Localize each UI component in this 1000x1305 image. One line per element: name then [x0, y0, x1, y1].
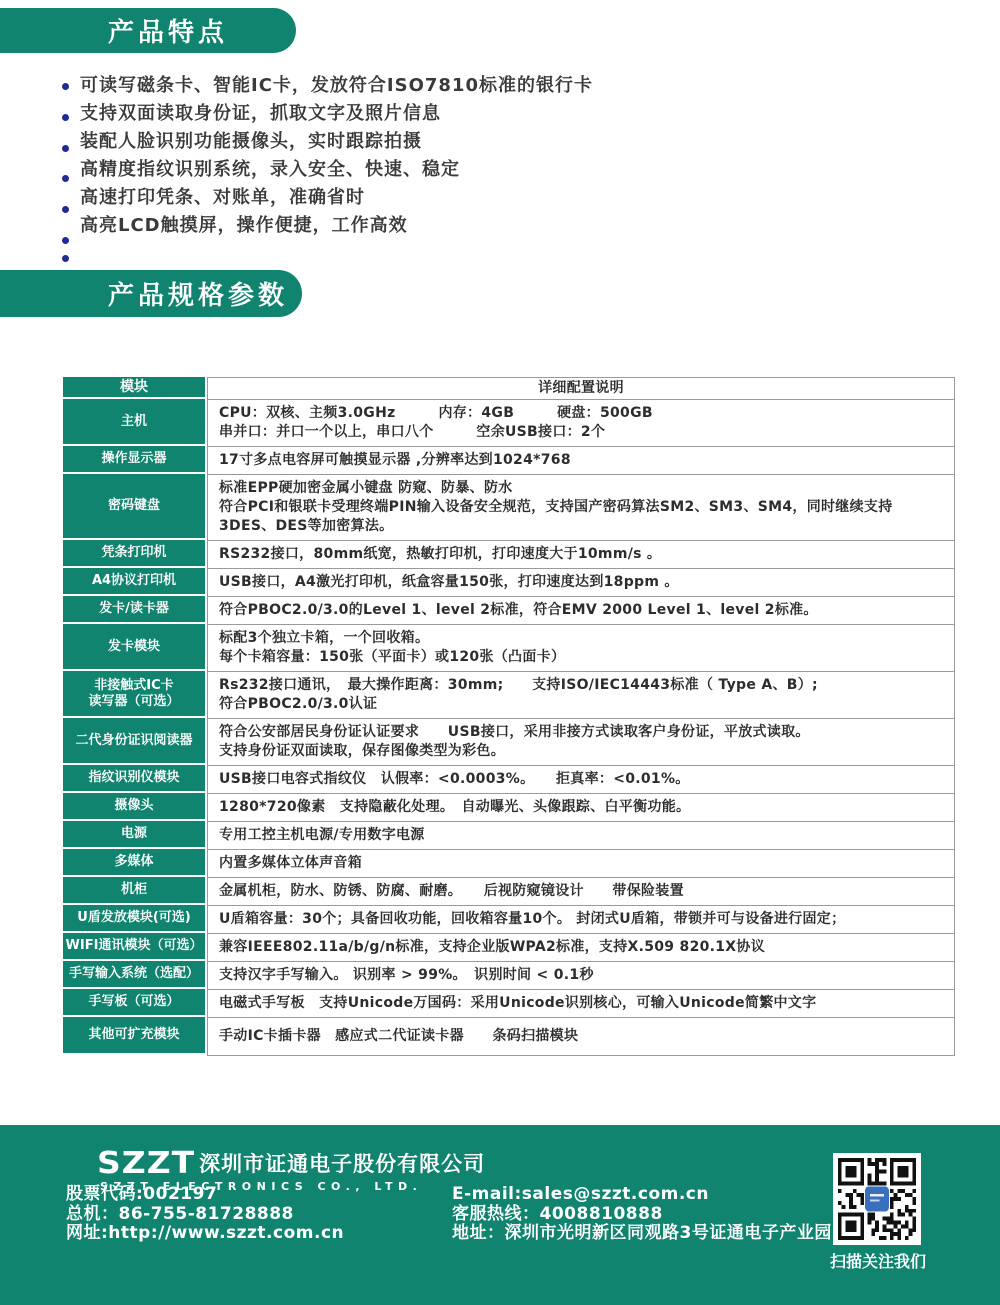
module-label-cell: 摄像头: [63, 793, 205, 819]
detail-line: USB接口，A4激光打印机，纸盒容量150张，打印速度达到18ppm 。: [219, 573, 943, 592]
detail-line: 1280*720像素 支持隐蔽化处理。 自动曝光、头像跟踪、白平衡功能。: [219, 798, 943, 817]
feature-item: 可读写磁条卡、智能IC卡，发放符合ISO7810标准的银行卡: [62, 72, 593, 100]
detail-line: 17寸多点电容屏可触摸显示器 ,分辨率达到1024*768: [219, 451, 943, 470]
spec-table-row: 电源专用工控主机电源/专用数字电源: [63, 821, 955, 850]
spec-table-row: 发卡/读卡器符合PBOC2.0/3.0的Level 1、level 2标准，符合…: [63, 596, 955, 625]
detail-line: 符合公安部居民身份证认证要求 USB接口，采用非接方式读取客户身份证，平放式读取…: [219, 723, 943, 742]
detail-cell: 兼容IEEE802.11a/b/g/n标准，支持企业版WPA2标准，支持X.50…: [207, 933, 955, 962]
spec-table: 模块详细配置说明主机CPU：双核、主频3.0GHz 内存：4GB 硬盘：500G…: [63, 377, 955, 1056]
detail-line: 3DES、DES等加密算法。: [219, 517, 943, 536]
spec-table-row: WIFI通讯模块（可选）兼容IEEE802.11a/b/g/n标准，支持企业版W…: [63, 933, 955, 962]
detail-cell: 详细配置说明: [207, 377, 955, 400]
bullet-icon: [62, 83, 69, 90]
detail-cell: 支持汉字手写输入。 识别率 > 99%。 识别时间 < 0.1秒: [207, 961, 955, 990]
detail-cell: 手动IC卡插卡器 感应式二代证读卡器 条码扫描模块: [207, 1017, 955, 1056]
company-address: 地址：深圳市光明新区同观路3号证通电子产业园: [452, 1224, 832, 1244]
spec-table-row: 密码键盘标准EPP硬加密金属小键盘 防窥、防暴、防水符合PCI和银联卡受理终端P…: [63, 474, 955, 541]
spec-table-row: 指纹识别仪模块USB接口电容式指纹仪 认假率：<0.0003%。 拒真率：<0.…: [63, 765, 955, 794]
detail-line: 支持身份证双面读取，保存图像类型为彩色。: [219, 742, 943, 761]
szzt-logo: SZZT: [97, 1145, 195, 1181]
feature-text: 可读写磁条卡、智能IC卡，发放符合ISO7810标准的银行卡: [80, 75, 593, 96]
brochure-page: 产品特点 可读写磁条卡、智能IC卡，发放符合ISO7810标准的银行卡支持双面读…: [0, 0, 1000, 1305]
feature-text: 高亮LCD触摸屏，操作便捷，工作高效: [80, 215, 408, 236]
detail-line: 符合PBOC2.0/3.0认证: [219, 695, 943, 714]
detail-line: 标配3个独立卡箱，一个回收箱。: [219, 629, 943, 648]
feature-item: 高精度指纹识别系统，录入安全、快速、稳定: [62, 156, 593, 184]
module-label-cell: 二代身份证识阅读器: [63, 718, 205, 763]
module-label-cell: 操作显示器: [63, 446, 205, 472]
features-title: 产品特点: [0, 12, 228, 49]
feature-item: 支持双面读取身份证，抓取文字及照片信息: [62, 100, 593, 128]
spec-table-row: 摄像头1280*720像素 支持隐蔽化处理。 自动曝光、头像跟踪、白平衡功能。: [63, 793, 955, 822]
spec-table-row: A4协议打印机USB接口，A4激光打印机，纸盒容量150张，打印速度达到18pp…: [63, 568, 955, 597]
detail-cell: 金属机柜，防水、防锈、防腐、耐磨。 后视防窥镜设计 带保险装置: [207, 877, 955, 906]
feature-text: 支持双面读取身份证，抓取文字及照片信息: [80, 103, 441, 124]
detail-cell: 标配3个独立卡箱，一个回收箱。每个卡箱容量：150张（平面卡）或120张（凸面卡…: [207, 624, 955, 672]
spec-table-row: 主机CPU：双核、主频3.0GHz 内存：4GB 硬盘：500GB串并口：并口一…: [63, 399, 955, 447]
detail-line: 内置多媒体立体声音箱: [219, 854, 943, 873]
detail-line: 符合PCI和银联卡受理终端PIN输入设备安全规范，支持国产密码算法SM2、SM3…: [219, 498, 943, 517]
module-label-cell: U盾发放模块(可选): [63, 905, 205, 931]
detail-line: 兼容IEEE802.11a/b/g/n标准，支持企业版WPA2标准，支持X.50…: [219, 938, 943, 957]
module-label-cell: A4协议打印机: [63, 568, 205, 594]
feature-item: 高速打印凭条、对账单，准确省时: [62, 184, 593, 212]
module-label-cell: 密码键盘: [63, 474, 205, 538]
detail-line: 手动IC卡插卡器 感应式二代证读卡器 条码扫描模块: [219, 1027, 943, 1046]
module-label-cell: 非接触式IC卡 读写器（可选）: [63, 671, 205, 716]
spec-table-row: 操作显示器17寸多点电容屏可触摸显示器 ,分辨率达到1024*768: [63, 446, 955, 475]
module-label-cell: 发卡模块: [63, 624, 205, 669]
detail-cell: 符合公安部居民身份证认证要求 USB接口，采用非接方式读取客户身份证，平放式读取…: [207, 718, 955, 766]
module-label-cell: 其他可扩充模块: [63, 1017, 205, 1053]
features-list: 可读写磁条卡、智能IC卡，发放符合ISO7810标准的银行卡支持双面读取身份证，…: [62, 72, 593, 268]
stock-code: 股票代码:002197: [66, 1185, 344, 1205]
spec-table-row: 手写输入系统（选配）支持汉字手写输入。 识别率 > 99%。 识别时间 < 0.…: [63, 961, 955, 990]
specs-title: 产品规格参数: [0, 275, 288, 312]
detail-cell: 电磁式手写板 支持Unicode万国码：采用Unicode识别核心，可输入Uni…: [207, 989, 955, 1018]
detail-cell: 符合PBOC2.0/3.0的Level 1、level 2标准，符合EMV 20…: [207, 596, 955, 625]
module-label-cell: 手写输入系统（选配）: [63, 961, 205, 987]
detail-cell: USB接口，A4激光打印机，纸盒容量150张，打印速度达到18ppm 。: [207, 568, 955, 597]
feature-text: 装配人脸识别功能摄像头，实时跟踪拍摄: [80, 131, 422, 152]
qr-caption: 扫描关注我们: [822, 1249, 934, 1272]
detail-cell: Rs232接口通讯， 最大操作距离：30mm; 支持ISO/IEC14443标准…: [207, 671, 955, 719]
qr-pattern: [838, 1158, 916, 1240]
spec-table-header-row: 模块详细配置说明: [63, 377, 955, 400]
detail-cell: 内置多媒体立体声音箱: [207, 849, 955, 878]
company-name-cn: 深圳市证通电子股份有限公司: [199, 1148, 485, 1178]
module-label-cell: WIFI通讯模块（可选）: [63, 933, 205, 959]
contact-block-left: 股票代码:002197 总机：86-755-81728888 网址:http:/…: [66, 1185, 344, 1244]
bullet-icon: [62, 175, 69, 182]
module-label-cell: 凭条打印机: [63, 540, 205, 566]
detail-cell: 1280*720像素 支持隐蔽化处理。 自动曝光、头像跟踪、白平衡功能。: [207, 793, 955, 822]
phone-number: 总机：86-755-81728888: [66, 1205, 344, 1225]
detail-cell: RS232接口，80mm纸宽，热敏打印机，打印速度大于10mm/s 。: [207, 540, 955, 569]
feature-item: [62, 240, 593, 268]
detail-line: U盾箱容量：30个；具备回收功能，回收箱容量10个。 封闭式U盾箱，带锁并可与设…: [219, 910, 943, 929]
detail-cell: CPU：双核、主频3.0GHz 内存：4GB 硬盘：500GB串并口：并口一个以…: [207, 399, 955, 447]
detail-line: Rs232接口通讯， 最大操作距离：30mm; 支持ISO/IEC14443标准…: [219, 676, 943, 695]
spec-table-row: 凭条打印机RS232接口，80mm纸宽，热敏打印机，打印速度大于10mm/s 。: [63, 540, 955, 569]
spec-table-row: 机柜金属机柜，防水、防锈、防腐、耐磨。 后视防窥镜设计 带保险装置: [63, 877, 955, 906]
detail-line: USB接口电容式指纹仪 认假率：<0.0003%。 拒真率：<0.01%。: [219, 770, 943, 789]
email-address: E-mail:sales@szzt.com.cn: [452, 1185, 832, 1205]
detail-cell: 标准EPP硬加密金属小键盘 防窥、防暴、防水符合PCI和银联卡受理终端PIN输入…: [207, 474, 955, 541]
detail-line: 详细配置说明: [538, 380, 624, 397]
detail-line: 电磁式手写板 支持Unicode万国码：采用Unicode识别核心，可输入Uni…: [219, 994, 943, 1013]
website-url: 网址:http://www.szzt.com.cn: [66, 1224, 344, 1244]
feature-item: 装配人脸识别功能摄像头，实时跟踪拍摄: [62, 128, 593, 156]
module-label-cell: 手写板（可选）: [63, 989, 205, 1015]
module-label-cell: 电源: [63, 821, 205, 847]
spec-table-row: 手写板（可选）电磁式手写板 支持Unicode万国码：采用Unicode识别核心…: [63, 989, 955, 1018]
spec-table-row: 其他可扩充模块手动IC卡插卡器 感应式二代证读卡器 条码扫描模块: [63, 1017, 955, 1056]
detail-cell: USB接口电容式指纹仪 认假率：<0.0003%。 拒真率：<0.01%。: [207, 765, 955, 794]
contact-block-mid: E-mail:sales@szzt.com.cn 客服热线：4008810888…: [452, 1185, 832, 1244]
detail-line: 标准EPP硬加密金属小键盘 防窥、防暴、防水: [219, 479, 943, 498]
detail-cell: 专用工控主机电源/专用数字电源: [207, 821, 955, 850]
service-hotline: 客服热线：4008810888: [452, 1205, 832, 1225]
module-label-cell: 多媒体: [63, 849, 205, 875]
spec-table-row: 多媒体内置多媒体立体声音箱: [63, 849, 955, 878]
detail-cell: 17寸多点电容屏可触摸显示器 ,分辨率达到1024*768: [207, 446, 955, 475]
feature-text: 高速打印凭条、对账单，准确省时: [80, 187, 365, 208]
detail-line: RS232接口，80mm纸宽，热敏打印机，打印速度大于10mm/s 。: [219, 545, 943, 564]
detail-line: 串并口：并口一个以上，串口八个 空余USB接口：2个: [219, 423, 943, 442]
feature-text: 高精度指纹识别系统，录入安全、快速、稳定: [80, 159, 460, 180]
module-label-cell: 指纹识别仪模块: [63, 765, 205, 791]
detail-line: 符合PBOC2.0/3.0的Level 1、level 2标准，符合EMV 20…: [219, 601, 943, 620]
detail-line: 专用工控主机电源/专用数字电源: [219, 826, 943, 845]
section-header-specs: 产品规格参数: [0, 270, 302, 317]
bullet-icon: [62, 114, 69, 121]
detail-line: CPU：双核、主频3.0GHz 内存：4GB 硬盘：500GB: [219, 404, 943, 423]
detail-line: 每个卡箱容量：150张（平面卡）或120张（凸面卡）: [219, 648, 943, 667]
spec-table-row: 发卡模块标配3个独立卡箱，一个回收箱。每个卡箱容量：150张（平面卡）或120张…: [63, 624, 955, 672]
module-label-cell: 模块: [63, 377, 205, 397]
detail-line: 支持汉字手写输入。 识别率 > 99%。 识别时间 < 0.1秒: [219, 966, 943, 985]
footer: SZZT 深圳市证通电子股份有限公司 SZZT ELECTRONICS CO.,…: [0, 1125, 1000, 1305]
company-logo-row: SZZT 深圳市证通电子股份有限公司: [97, 1143, 485, 1182]
module-label-cell: 机柜: [63, 877, 205, 903]
spec-table-row: 非接触式IC卡 读写器（可选）Rs232接口通讯， 最大操作距离：30mm; 支…: [63, 671, 955, 719]
section-header-features: 产品特点: [0, 8, 296, 53]
spec-table-row: 二代身份证识阅读器符合公安部居民身份证认证要求 USB接口，采用非接方式读取客户…: [63, 718, 955, 766]
detail-line: 金属机柜，防水、防锈、防腐、耐磨。 后视防窥镜设计 带保险装置: [219, 882, 943, 901]
detail-cell: U盾箱容量：30个；具备回收功能，回收箱容量10个。 封闭式U盾箱，带锁并可与设…: [207, 905, 955, 934]
bullet-icon: [62, 255, 69, 262]
qr-code: [833, 1153, 921, 1245]
module-label-cell: 发卡/读卡器: [63, 596, 205, 622]
spec-table-row: U盾发放模块(可选)U盾箱容量：30个；具备回收功能，回收箱容量10个。 封闭式…: [63, 905, 955, 934]
feature-item: 高亮LCD触摸屏，操作便捷，工作高效: [62, 212, 593, 240]
module-label-cell: 主机: [63, 399, 205, 444]
bullet-icon: [62, 145, 69, 152]
